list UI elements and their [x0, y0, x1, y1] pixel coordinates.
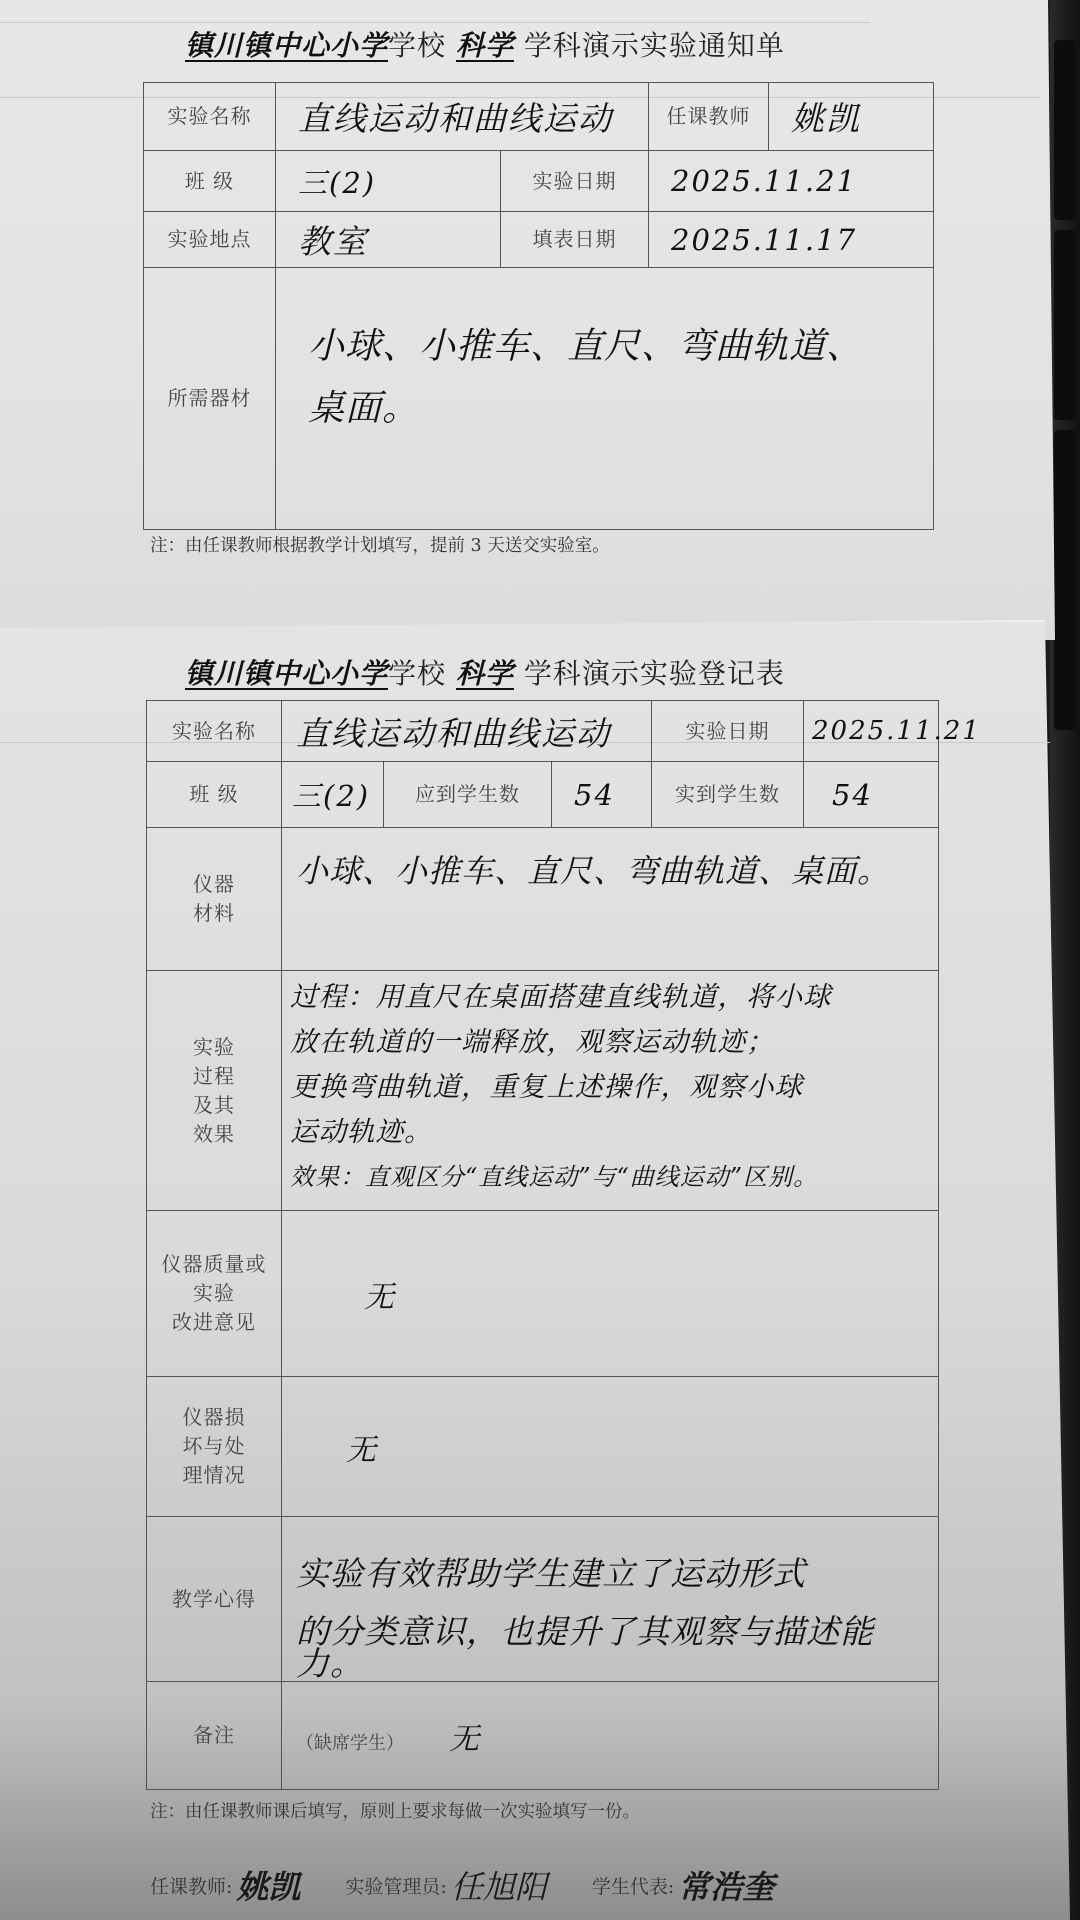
- title-school-suffix: 学校: [388, 657, 446, 690]
- admin-signature: 任旭阳: [451, 1862, 547, 1908]
- notice-form-table: 实验名称 直线运动和曲线运动 任课教师 姚凯 班 级 三(2) 实验日期 202…: [143, 82, 934, 530]
- value-fill-date: 2025.11.17: [649, 212, 934, 268]
- background-keyboard-key: [1054, 430, 1076, 730]
- value-experiment-date: 2025.11.21: [649, 151, 934, 212]
- row-damage: 仪器损 坏与处 理情况 无: [147, 1377, 939, 1517]
- value-class: 三(2): [276, 151, 501, 212]
- subject-handwritten: 科学: [456, 657, 514, 690]
- label-line: 实验: [147, 1033, 281, 1062]
- background-keyboard-key: [1054, 40, 1076, 220]
- row-class: 班 级 三(2) 实验日期 2025.11.21: [144, 151, 934, 212]
- label-line: 仪器损: [147, 1403, 281, 1432]
- school-name-handwritten: 镇川镇中心小学: [185, 657, 388, 690]
- row-location: 实验地点 教室 填表日期 2025.11.17: [144, 212, 934, 268]
- label-location: 实验地点: [144, 212, 276, 268]
- row-experiment-name: 实验名称 直线运动和曲线运动 实验日期 2025.11.21: [147, 701, 939, 762]
- teacher-signature-label: 任课教师:: [150, 1872, 232, 1899]
- label-line: 材料: [147, 899, 281, 928]
- teacher-signature: 姚凯: [236, 1862, 300, 1908]
- register-form-table: 实验名称 直线运动和曲线运动 实验日期 2025.11.21 班 级 三(2) …: [146, 700, 939, 1790]
- row-experiment-name: 实验名称 直线运动和曲线运动 任课教师 姚凯: [144, 83, 934, 151]
- label-line: 坏与处: [147, 1432, 281, 1461]
- row-process: 实验 过程 及其 效果 过程：用直尺在桌面搭建直线轨道，将小球 放在轨道的一端释…: [147, 971, 939, 1211]
- title-rest: 学科演示实验登记表: [524, 657, 785, 690]
- label-experiment-name: 实验名称: [147, 701, 282, 762]
- label-experiment-name: 实验名称: [144, 83, 276, 151]
- absent-students-value: 无: [409, 1722, 481, 1757]
- label-improvement: 仪器质量或 实验 改进意见: [147, 1211, 282, 1377]
- label-line: 效果: [147, 1120, 281, 1149]
- label-damage: 仪器损 坏与处 理情况: [147, 1377, 282, 1517]
- process-line: 更换弯曲轨道，重复上述操作，观察小球: [290, 1065, 936, 1110]
- label-line: 仪器质量或: [147, 1250, 281, 1279]
- value-process: 过程：用直尺在桌面搭建直线轨道，将小球 放在轨道的一端释放，观察运动轨迹； 更换…: [282, 971, 939, 1211]
- label-line: 及其: [147, 1091, 281, 1120]
- admin-signature-label: 实验管理员:: [345, 1872, 446, 1899]
- title-school-suffix: 学校: [388, 29, 446, 62]
- signature-row: 任课教师: 姚凯 实验管理员: 任旭阳 学生代表: 常浩奎: [150, 1860, 950, 1910]
- value-experiment-name: 直线运动和曲线运动: [276, 83, 649, 151]
- label-class: 班 级: [144, 151, 276, 212]
- label-class: 班 级: [147, 762, 282, 828]
- value-expected-students: 54: [552, 762, 652, 828]
- label-line: 过程: [147, 1062, 281, 1091]
- effect-line: 效果：直观区分“直线运动”与“曲线运动”区别。: [290, 1155, 936, 1200]
- value-damage: 无: [282, 1377, 939, 1517]
- value-location: 教室: [276, 212, 501, 268]
- student-rep-signature: 常浩奎: [678, 1862, 774, 1908]
- notice-form-footnote: 注：由任课教师根据教学计划填写，提前 3 天送交实验室。: [150, 532, 610, 557]
- label-expected-students: 应到学生数: [384, 762, 552, 828]
- value-improvement: 无: [282, 1211, 939, 1377]
- label-remarks: 备注: [147, 1682, 282, 1790]
- value-experiment-name: 直线运动和曲线运动: [282, 701, 652, 762]
- label-fill-date: 填表日期: [501, 212, 649, 268]
- label-actual-students: 实到学生数: [652, 762, 804, 828]
- label-line: 实验: [147, 1279, 281, 1308]
- student-rep-signature-label: 学生代表:: [592, 1872, 674, 1899]
- value-equipment: 小球、小推车、直尺、弯曲轨道、桌面。: [276, 268, 934, 530]
- absent-students-label: （缺席学生）: [296, 1733, 404, 1754]
- background-keyboard-key: [1054, 230, 1076, 420]
- label-line: 仪器: [147, 870, 281, 899]
- value-reflection: 实验有效帮助学生建立了运动形式 的分类意识，也提升了其观察与描述能 力。: [282, 1517, 939, 1682]
- label-line: 改进意见: [147, 1308, 281, 1337]
- row-reflection: 教学心得 实验有效帮助学生建立了运动形式 的分类意识，也提升了其观察与描述能 力…: [147, 1517, 939, 1682]
- process-line: 放在轨道的一端释放，观察运动轨迹；: [290, 1020, 936, 1065]
- label-equipment: 所需器材: [144, 268, 276, 530]
- row-equipment: 所需器材 小球、小推车、直尺、弯曲轨道、桌面。: [144, 268, 934, 530]
- label-process: 实验 过程 及其 效果: [147, 971, 282, 1211]
- value-class: 三(2): [282, 762, 384, 828]
- register-form-title: 镇川镇中心小学学校 科学 学科演示实验登记表: [185, 652, 785, 692]
- reflection-line: 实验有效帮助学生建立了运动形式: [296, 1545, 928, 1603]
- value-materials: 小球、小推车、直尺、弯曲轨道、桌面。: [282, 828, 939, 971]
- row-class: 班 级 三(2) 应到学生数 54 实到学生数 54: [147, 762, 939, 828]
- value-remarks: （缺席学生） 无: [282, 1682, 939, 1790]
- register-form-footnote: 注：由任课教师课后填写，原则上要求每做一次实验填写一份。: [150, 1798, 640, 1823]
- process-line: 过程：用直尺在桌面搭建直线轨道，将小球: [290, 975, 936, 1020]
- reflection-line: 的分类意识，也提升了其观察与描述能: [296, 1603, 928, 1661]
- label-line: 理情况: [147, 1461, 281, 1490]
- value-teacher: 姚凯: [769, 83, 934, 151]
- value-actual-students: 54: [804, 762, 939, 828]
- school-name-handwritten: 镇川镇中心小学: [185, 29, 388, 62]
- paper-crease: [0, 22, 870, 23]
- row-materials: 仪器 材料 小球、小推车、直尺、弯曲轨道、桌面。: [147, 828, 939, 971]
- row-improvement: 仪器质量或 实验 改进意见 无: [147, 1211, 939, 1377]
- label-reflection: 教学心得: [147, 1517, 282, 1682]
- label-experiment-date: 实验日期: [501, 151, 649, 212]
- label-experiment-date: 实验日期: [652, 701, 804, 762]
- title-rest: 学科演示实验通知单: [524, 29, 785, 62]
- process-line: 运动轨迹。: [290, 1110, 936, 1155]
- subject-handwritten: 科学: [456, 29, 514, 62]
- notice-form-title: 镇川镇中心小学学校 科学 学科演示实验通知单: [185, 24, 785, 64]
- label-teacher: 任课教师: [649, 83, 769, 151]
- row-remarks: 备注 （缺席学生） 无: [147, 1682, 939, 1790]
- label-materials: 仪器 材料: [147, 828, 282, 971]
- value-experiment-date: 2025.11.21: [804, 701, 939, 762]
